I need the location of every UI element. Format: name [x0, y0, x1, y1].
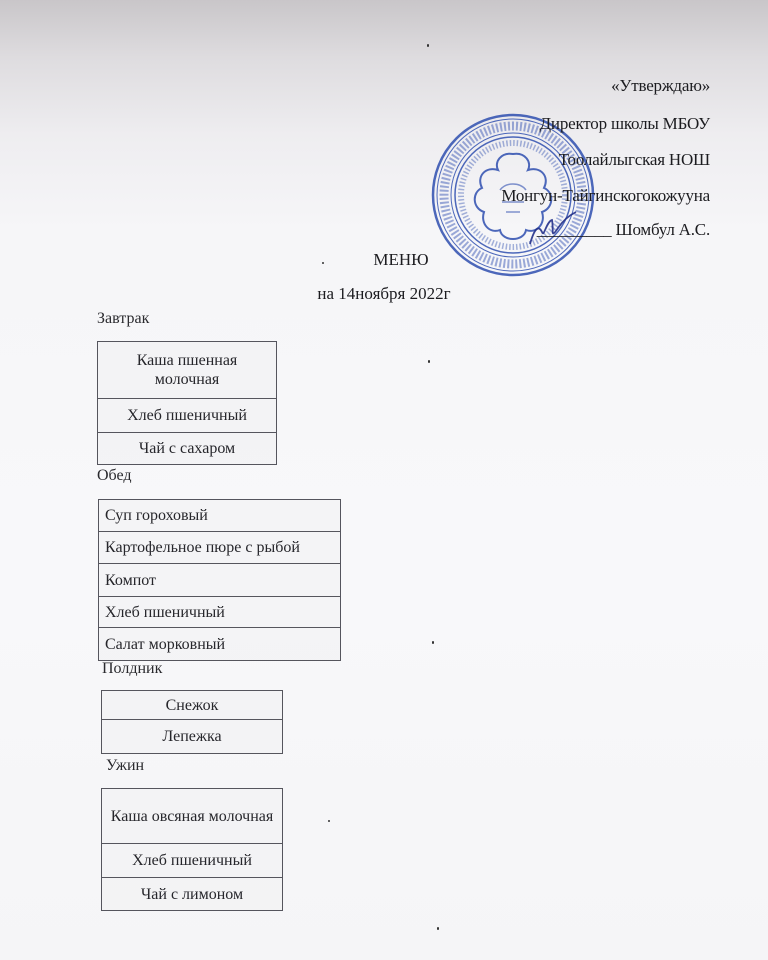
table-row: Лепежка — [102, 720, 283, 754]
menu-item: Хлеб пшеничный — [99, 597, 341, 628]
menu-item: Салат морковный — [99, 628, 341, 661]
menu-date: на 14ноября 2022г — [0, 284, 768, 304]
table-row: Чай с сахаром — [98, 433, 277, 465]
table-row: Каша овсяная молочная — [102, 789, 283, 844]
table-row: Картофельное пюре с рыбой — [99, 532, 341, 564]
approval-school: Тоолайлыгская НОШ — [559, 150, 710, 170]
menu-item: Картофельное пюре с рыбой — [99, 532, 341, 564]
dinner-table: Каша овсяная молочная Хлеб пшеничный Чай… — [101, 788, 283, 911]
table-row: Хлеб пшеничный — [99, 597, 341, 628]
menu-item: Суп гороховый — [99, 500, 341, 532]
table-row: Чай с лимоном — [102, 878, 283, 911]
table-row: Компот — [99, 564, 341, 597]
table-row: Каша пшенная молочная — [98, 342, 277, 399]
menu-item: Каша овсяная молочная — [102, 789, 283, 844]
scan-speck — [328, 820, 330, 822]
page-title: МЕНЮ — [0, 250, 768, 270]
scan-speck — [427, 44, 429, 47]
table-row: Снежок — [102, 691, 283, 720]
scan-speck — [437, 927, 439, 930]
meal-heading-breakfast: Завтрак — [97, 310, 149, 328]
scan-speck — [432, 641, 434, 644]
scan-speck — [428, 360, 430, 363]
meal-heading-lunch: Обед — [97, 467, 132, 485]
menu-item: Чай с лимоном — [102, 878, 283, 911]
table-row: Хлеб пшеничный — [98, 399, 277, 433]
signer-name: Шомбул А.С. — [616, 220, 711, 239]
lunch-table: Суп гороховый Картофельное пюре с рыбой … — [98, 499, 341, 661]
menu-item: Лепежка — [102, 720, 283, 754]
approval-signature-row: _________ Шомбул А.С. — [537, 220, 710, 240]
menu-item: Чай с сахаром — [98, 433, 277, 465]
snack-table: Снежок Лепежка — [101, 690, 283, 754]
approval-district: Монгун-Тайгинскогокожууна — [501, 186, 710, 206]
table-row: Хлеб пшеничный — [102, 844, 283, 878]
menu-item: Компот — [99, 564, 341, 597]
approval-position: Директор школы МБОУ — [540, 114, 710, 134]
table-row: Салат морковный — [99, 628, 341, 661]
menu-item: Хлеб пшеничный — [102, 844, 283, 878]
menu-item: Хлеб пшеничный — [98, 399, 277, 433]
breakfast-table: Каша пшенная молочная Хлеб пшеничный Чай… — [97, 341, 277, 465]
signature-line: _________ — [537, 220, 612, 239]
approval-heading: «Утверждаю» — [611, 76, 710, 96]
meal-heading-dinner: Ужин — [106, 757, 144, 775]
table-row: Суп гороховый — [99, 500, 341, 532]
meal-heading-snack: Полдник — [102, 660, 162, 678]
menu-item: Каша пшенная молочная — [98, 342, 277, 399]
menu-item: Снежок — [102, 691, 283, 720]
